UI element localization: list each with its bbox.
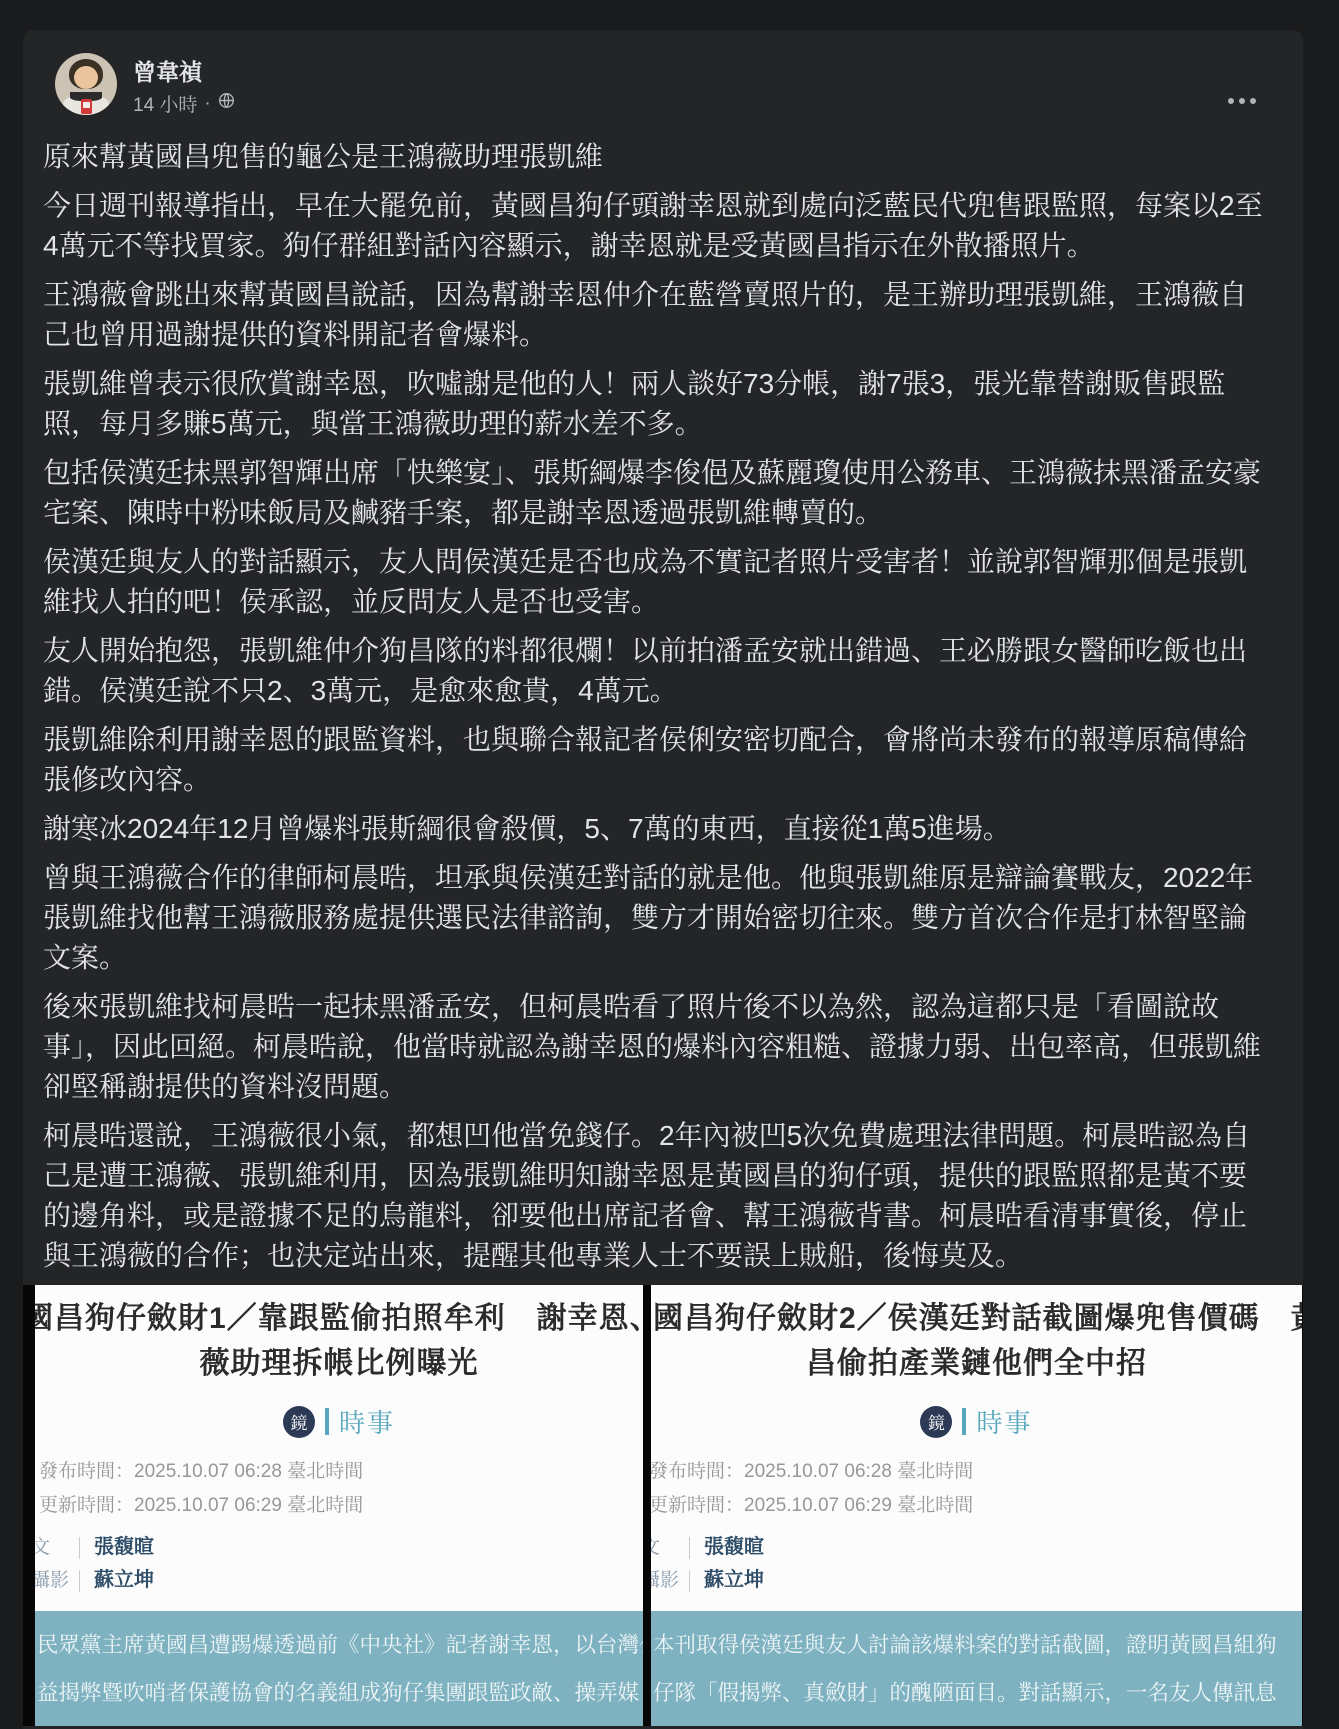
globe-icon	[218, 92, 235, 115]
meta-separator: ·	[204, 93, 210, 115]
article-credits: 文 張馥暄 攝影 蘇立坤	[651, 1531, 764, 1597]
mirror-media-logo-icon: 鏡	[283, 1406, 315, 1438]
byline-name: 張馥暄	[704, 1531, 764, 1564]
post-paragraph: 謝寒冰2024年12月曾爆料張斯綱很會殺價，5、7萬的東西，直接從1萬5進場。	[43, 809, 1295, 849]
post-paragraph: 後來張凱維找柯晨晧一起抹黑潘孟安，但柯晨晧看了照片後不以為然，認為這都只是「看圖…	[43, 987, 1295, 1107]
excerpt-line: 民眾黨主席黃國昌遭踢爆透過前《中央社》記者謝幸恩，以台灣公	[37, 1621, 643, 1669]
credit-divider	[79, 1537, 80, 1559]
article-excerpt: 本刊取得侯漢廷與友人討論該爆料案的對話截圖，證明黃國昌組狗 仔隊「假揭弊、真斂財…	[651, 1611, 1302, 1726]
attachment-photo-2[interactable]: 國昌狗仔斂財2／侯漢廷對話截圖爆兜售價碼 黃 昌偷拍產業鏈他們全中招 鏡 時事 …	[651, 1285, 1302, 1726]
article-timestamps: 發布時間：2025.10.07 06:28 臺北時間 更新時間：2025.10.…	[651, 1455, 973, 1523]
excerpt-line: 益揭弊暨吹哨者保護協會的名義組成狗仔集團跟監政敵、操弄媒	[37, 1669, 643, 1717]
article-excerpt: 民眾黨主席黃國昌遭踢爆透過前《中央社》記者謝幸恩，以台灣公 益揭弊暨吹哨者保護協…	[35, 1611, 643, 1726]
post-paragraph: 友人開始抱怨，張凱維仲介狗昌隊的料都很爛！以前拍潘孟安就出錯過、王必勝跟女醫師吃…	[43, 631, 1295, 711]
credit-divider	[79, 1570, 80, 1592]
credit-divider	[689, 1537, 690, 1559]
avatar-face	[74, 66, 98, 89]
published-time: 發布時間：2025.10.07 06:28 臺北時間	[39, 1455, 363, 1489]
article-title-line1: 國昌狗仔斂財1／靠跟監偷拍照牟利 謝幸恩、王	[35, 1293, 643, 1337]
photo-credit-name: 蘇立坤	[94, 1564, 154, 1597]
author-name[interactable]: 曾韋禎	[133, 54, 202, 87]
article-section-label: 時事	[976, 1403, 1032, 1440]
post-title-line: 原來幫黃國昌兜售的龜公是王鴻薇助理張凱維	[43, 137, 1295, 177]
post-paragraph: 曾與王鴻薇合作的律師柯晨晧，坦承與侯漢廷對話的就是他。他與張凱維原是辯論賽戰友，…	[43, 858, 1295, 978]
post-timestamp[interactable]: 14 小時	[133, 90, 197, 117]
post-attached-photos: 國昌狗仔斂財1／靠跟監偷拍照牟利 謝幸恩、王 薇助理拆帳比例曝光 鏡 時事 發布…	[23, 1285, 1303, 1726]
post-paragraph: 包括侯漢廷抹黑郭智輝出席「快樂宴」、張斯綱爆李俊俋及蘇麗瓊使用公務車、王鴻薇抹黑…	[43, 453, 1295, 533]
logo-divider-bar	[962, 1408, 966, 1435]
article-title-line2: 薇助理拆帳比例曝光	[35, 1338, 643, 1382]
article-section-label: 時事	[339, 1403, 395, 1440]
ellipsis-dot	[1228, 98, 1234, 104]
post-paragraph: 王鴻薇會跳出來幫黃國昌說話，因為幫謝幸恩仲介在藍營賣照片的，是王辦助理張凱維，王…	[43, 275, 1295, 355]
article-title-line1: 國昌狗仔斂財2／侯漢廷對話截圖爆兜售價碼 黃	[653, 1293, 1302, 1337]
article-title-line2: 昌偷拍產業鏈他們全中招	[651, 1338, 1302, 1382]
excerpt-line: 仔隊「假揭弊、真斂財」的醜陋面目。對話顯示，一名友人傳訊息	[653, 1669, 1302, 1717]
post-paragraph: 柯晨晧還說，王鴻薇很小氣，都想凹他當免錢仔。2年內被凹5次免費處理法律問題。柯晨…	[43, 1116, 1295, 1276]
photo-credit-name: 蘇立坤	[704, 1564, 764, 1597]
attachment-photo-1[interactable]: 國昌狗仔斂財1／靠跟監偷拍照牟利 謝幸恩、王 薇助理拆帳比例曝光 鏡 時事 發布…	[35, 1285, 643, 1726]
avatar[interactable]	[55, 53, 117, 115]
post-paragraph: 侯漢廷與友人的對話顯示，友人問侯漢廷是否也成為不實記者照片受害者！並說郭智輝那個…	[43, 542, 1295, 622]
published-time: 發布時間：2025.10.07 06:28 臺北時間	[651, 1455, 973, 1489]
publisher-logo-row: 鏡 時事	[35, 1403, 643, 1440]
updated-time: 更新時間：2025.10.07 06:29 臺北時間	[39, 1489, 363, 1523]
post-paragraph: 今日週刊報導指出，早在大罷免前，黃國昌狗仔頭謝幸恩就到處向泛藍民代兜售跟監照，每…	[43, 186, 1295, 266]
article-timestamps: 發布時間：2025.10.07 06:28 臺北時間 更新時間：2025.10.…	[39, 1455, 363, 1523]
photo-credit-label: 攝影	[651, 1564, 689, 1597]
post-paragraph: 張凱維曾表示很欣賞謝幸恩，吹噓謝是他的人！兩人談好73分帳，謝7張3，張光靠替謝…	[43, 364, 1295, 444]
post-body: 原來幫黃國昌兜售的龜公是王鴻薇助理張凱維 今日週刊報導指出，早在大罷免前，黃國昌…	[43, 137, 1295, 1276]
publisher-logo-row: 鏡 時事	[651, 1403, 1302, 1440]
credit-divider	[689, 1570, 690, 1592]
post-paragraph: 張凱維除利用謝幸恩的跟監資料，也與聯合報記者侯俐安密切配合，會將尚未發布的報導原…	[43, 720, 1295, 800]
mirror-media-logo-icon: 鏡	[920, 1406, 952, 1438]
ellipsis-dot	[1250, 98, 1256, 104]
article-credits: 文 張馥暄 攝影 蘇立坤	[35, 1531, 154, 1597]
avatar-microphone	[81, 99, 92, 114]
byline-label: 文	[35, 1531, 79, 1564]
byline-label: 文	[651, 1531, 689, 1564]
excerpt-line: 本刊取得侯漢廷與友人討論該爆料案的對話截圖，證明黃國昌組狗	[653, 1621, 1302, 1669]
photo-credit-label: 攝影	[35, 1564, 79, 1597]
post-options-menu-button[interactable]	[1222, 92, 1262, 110]
updated-time: 更新時間：2025.10.07 06:29 臺北時間	[651, 1489, 973, 1523]
post-meta-row: 14 小時 ·	[133, 90, 235, 117]
ellipsis-dot	[1239, 98, 1245, 104]
post-header: 曾韋禎 14 小時 ·	[23, 30, 1303, 116]
byline-name: 張馥暄	[94, 1531, 154, 1564]
facebook-post-card: 曾韋禎 14 小時 · 原來幫黃國昌兜售的龜公是王鴻薇助理張凱維 今日週刊報導指…	[23, 30, 1303, 1729]
logo-divider-bar	[325, 1408, 329, 1435]
